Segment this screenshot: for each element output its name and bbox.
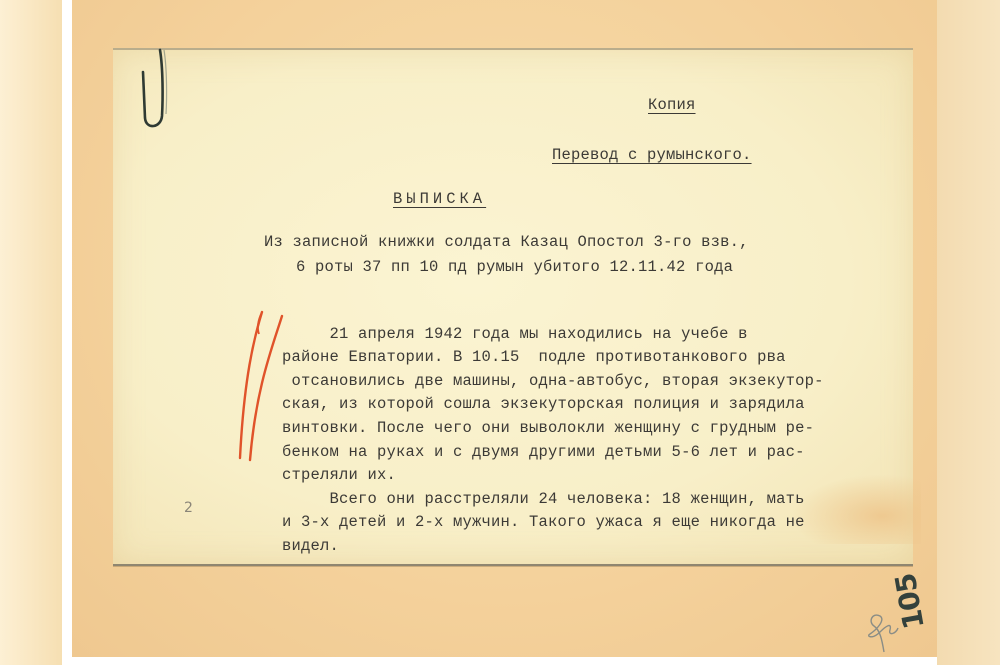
body-line: Всего они расстреляли 24 человека: 18 же…	[282, 490, 805, 508]
pencil-margin-note: 2	[184, 500, 193, 516]
body-line: районе Евпатории. В 10.15 подле противот…	[282, 348, 786, 366]
body-line: 21 апреля 1942 года мы находились на уче…	[282, 325, 748, 343]
document-title: ВЫПИСКА	[393, 190, 486, 208]
right-blur-margin	[937, 0, 1000, 665]
intro-line-1: Из записной книжки солдата Казац Опостол…	[264, 233, 749, 251]
red-pencil-marks-icon	[232, 308, 292, 468]
typed-document-sheet	[113, 48, 913, 566]
paperclip-icon	[138, 48, 178, 133]
body-line: отсановились две машины, одна-автобус, в…	[282, 372, 824, 390]
water-stain	[791, 474, 921, 544]
body-line: ская, из которой сошла экзекуторская пол…	[282, 395, 805, 413]
copy-label: Копия	[648, 96, 696, 114]
body-line: винтовки. После чего они выволокли женщи…	[282, 419, 814, 437]
body-line: стреляли их.	[282, 466, 396, 484]
body-line: видел.	[282, 537, 339, 555]
intro-line-2: 6 роты 37 пп 10 пд румын убитого 12.11.4…	[296, 258, 733, 276]
body-line: бенком на руках и с двумя другими детьми…	[282, 443, 805, 461]
body-line: и 3-х детей и 2-х мужчин. Такого ужаса я…	[282, 513, 805, 531]
document-viewer: Копия Перевод с румынского. ВЫПИСКА Из з…	[0, 0, 1000, 665]
translation-note: Перевод с румынского.	[552, 146, 752, 164]
left-blur-margin	[0, 0, 62, 665]
